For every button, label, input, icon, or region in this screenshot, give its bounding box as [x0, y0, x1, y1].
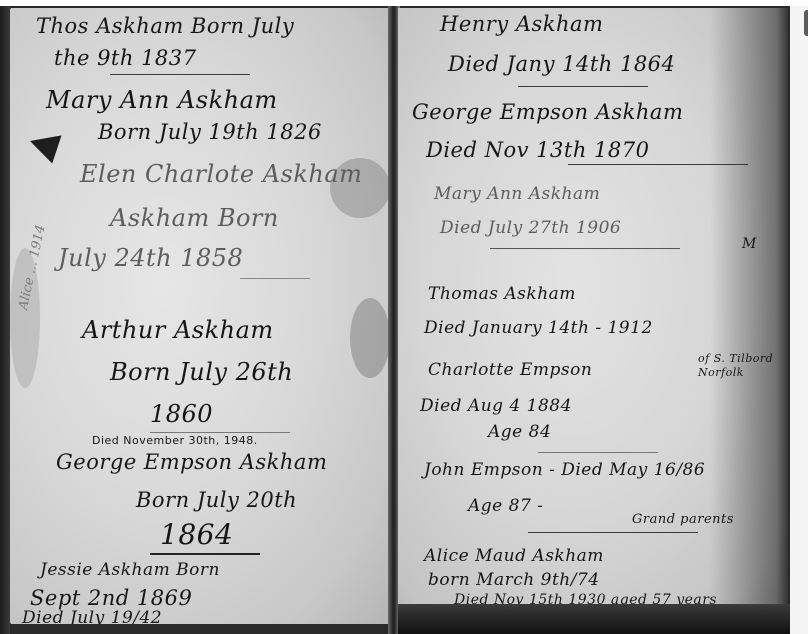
- book-cover-edge: [0, 6, 10, 634]
- entry-arthur-askham-line3: 1860: [150, 400, 213, 428]
- entry-george-empson-askham-line3: 1864: [160, 518, 233, 551]
- entry-mary-ann-askham-death-line2: Died July 27th 1906: [440, 218, 621, 238]
- grandparents-note: Grand parents: [632, 512, 734, 527]
- underline: [150, 553, 260, 555]
- entry-elen-charlote-line2: Askham Born: [110, 204, 279, 232]
- entry-thos-askham-line2: the 9th 1837: [54, 46, 197, 70]
- underline: [240, 278, 310, 279]
- entry-george-empson-askham-line2: Born July 20th: [136, 488, 297, 512]
- entry-jessie-askham-line1: Jessie Askham Born: [40, 560, 220, 580]
- right-page: Henry Askham Died Jany 14th 1864 George …: [398, 8, 788, 620]
- entry-thomas-askham-line2: Died January 14th - 1912: [424, 318, 653, 338]
- entry-arthur-askham-line1: Arthur Askham: [82, 316, 274, 344]
- underline: [538, 452, 658, 453]
- corner-mark: M: [742, 236, 757, 252]
- entry-henry-askham-line2: Died Jany 14th 1864: [448, 52, 675, 76]
- underline: [490, 248, 680, 249]
- entry-henry-askham-line1: Henry Askham: [440, 12, 603, 36]
- entry-charlotte-empson-line2: Died Aug 4 1884: [420, 396, 572, 416]
- entry-alice-maud-askham-line2: born March 9th/74: [428, 570, 600, 590]
- left-page: Thos Askham Born July the 9th 1837 Mary …: [10, 8, 390, 624]
- entry-thos-askham-line1: Thos Askham Born July: [36, 14, 294, 38]
- entry-arthur-askham-line2: Born July 26th: [110, 358, 293, 386]
- underline: [568, 164, 748, 165]
- scan-margin: [790, 6, 808, 634]
- entry-john-empson-line2: Age 87 -: [468, 496, 543, 516]
- underline: [528, 532, 698, 533]
- entry-charlotte-empson-line1: Charlotte Empson: [428, 360, 592, 380]
- entry-elen-charlote-line1: Elen Charlote Askham: [80, 160, 362, 188]
- torn-corner: [30, 135, 66, 166]
- entry-thomas-askham-line1: Thomas Askham: [428, 284, 576, 304]
- entry-mary-ann-askham-line1: Mary Ann Askham: [46, 86, 278, 114]
- entry-george-empson-askham-line1: George Empson Askham: [56, 450, 327, 474]
- entry-jessie-askham-line3: Died July 19/42: [22, 608, 162, 624]
- entry-mary-ann-askham-line2: Born July 19th 1826: [98, 120, 322, 144]
- entry-arthur-askham-death-note: Died November 30th, 1948.: [92, 434, 258, 447]
- entry-elen-charlote-line3: July 24th 1858: [58, 244, 243, 272]
- entry-charlotte-empson-line3: Age 84: [488, 422, 551, 442]
- underline: [518, 86, 648, 87]
- underline: [110, 74, 250, 75]
- entry-alice-maud-askham-line1: Alice Maud Askham: [424, 546, 604, 566]
- entry-george-empson-askham-death-line1: George Empson Askham: [412, 100, 683, 124]
- entry-john-empson-line1: John Empson - Died May 16/86: [424, 460, 705, 480]
- underline: [150, 432, 290, 433]
- entry-charlotte-empson-place-note: of S. Tilbord Norfolk: [698, 352, 778, 380]
- page-shadow: [398, 604, 794, 634]
- stain: [350, 298, 390, 378]
- scan-edge-tab: [804, 10, 808, 36]
- entry-mary-ann-askham-death-line1: Mary Ann Askham: [434, 184, 600, 204]
- entry-jessie-askham-line2: Sept 2nd 1869: [30, 586, 192, 610]
- entry-george-empson-askham-death-line2: Died Nov 13th 1870: [426, 138, 649, 162]
